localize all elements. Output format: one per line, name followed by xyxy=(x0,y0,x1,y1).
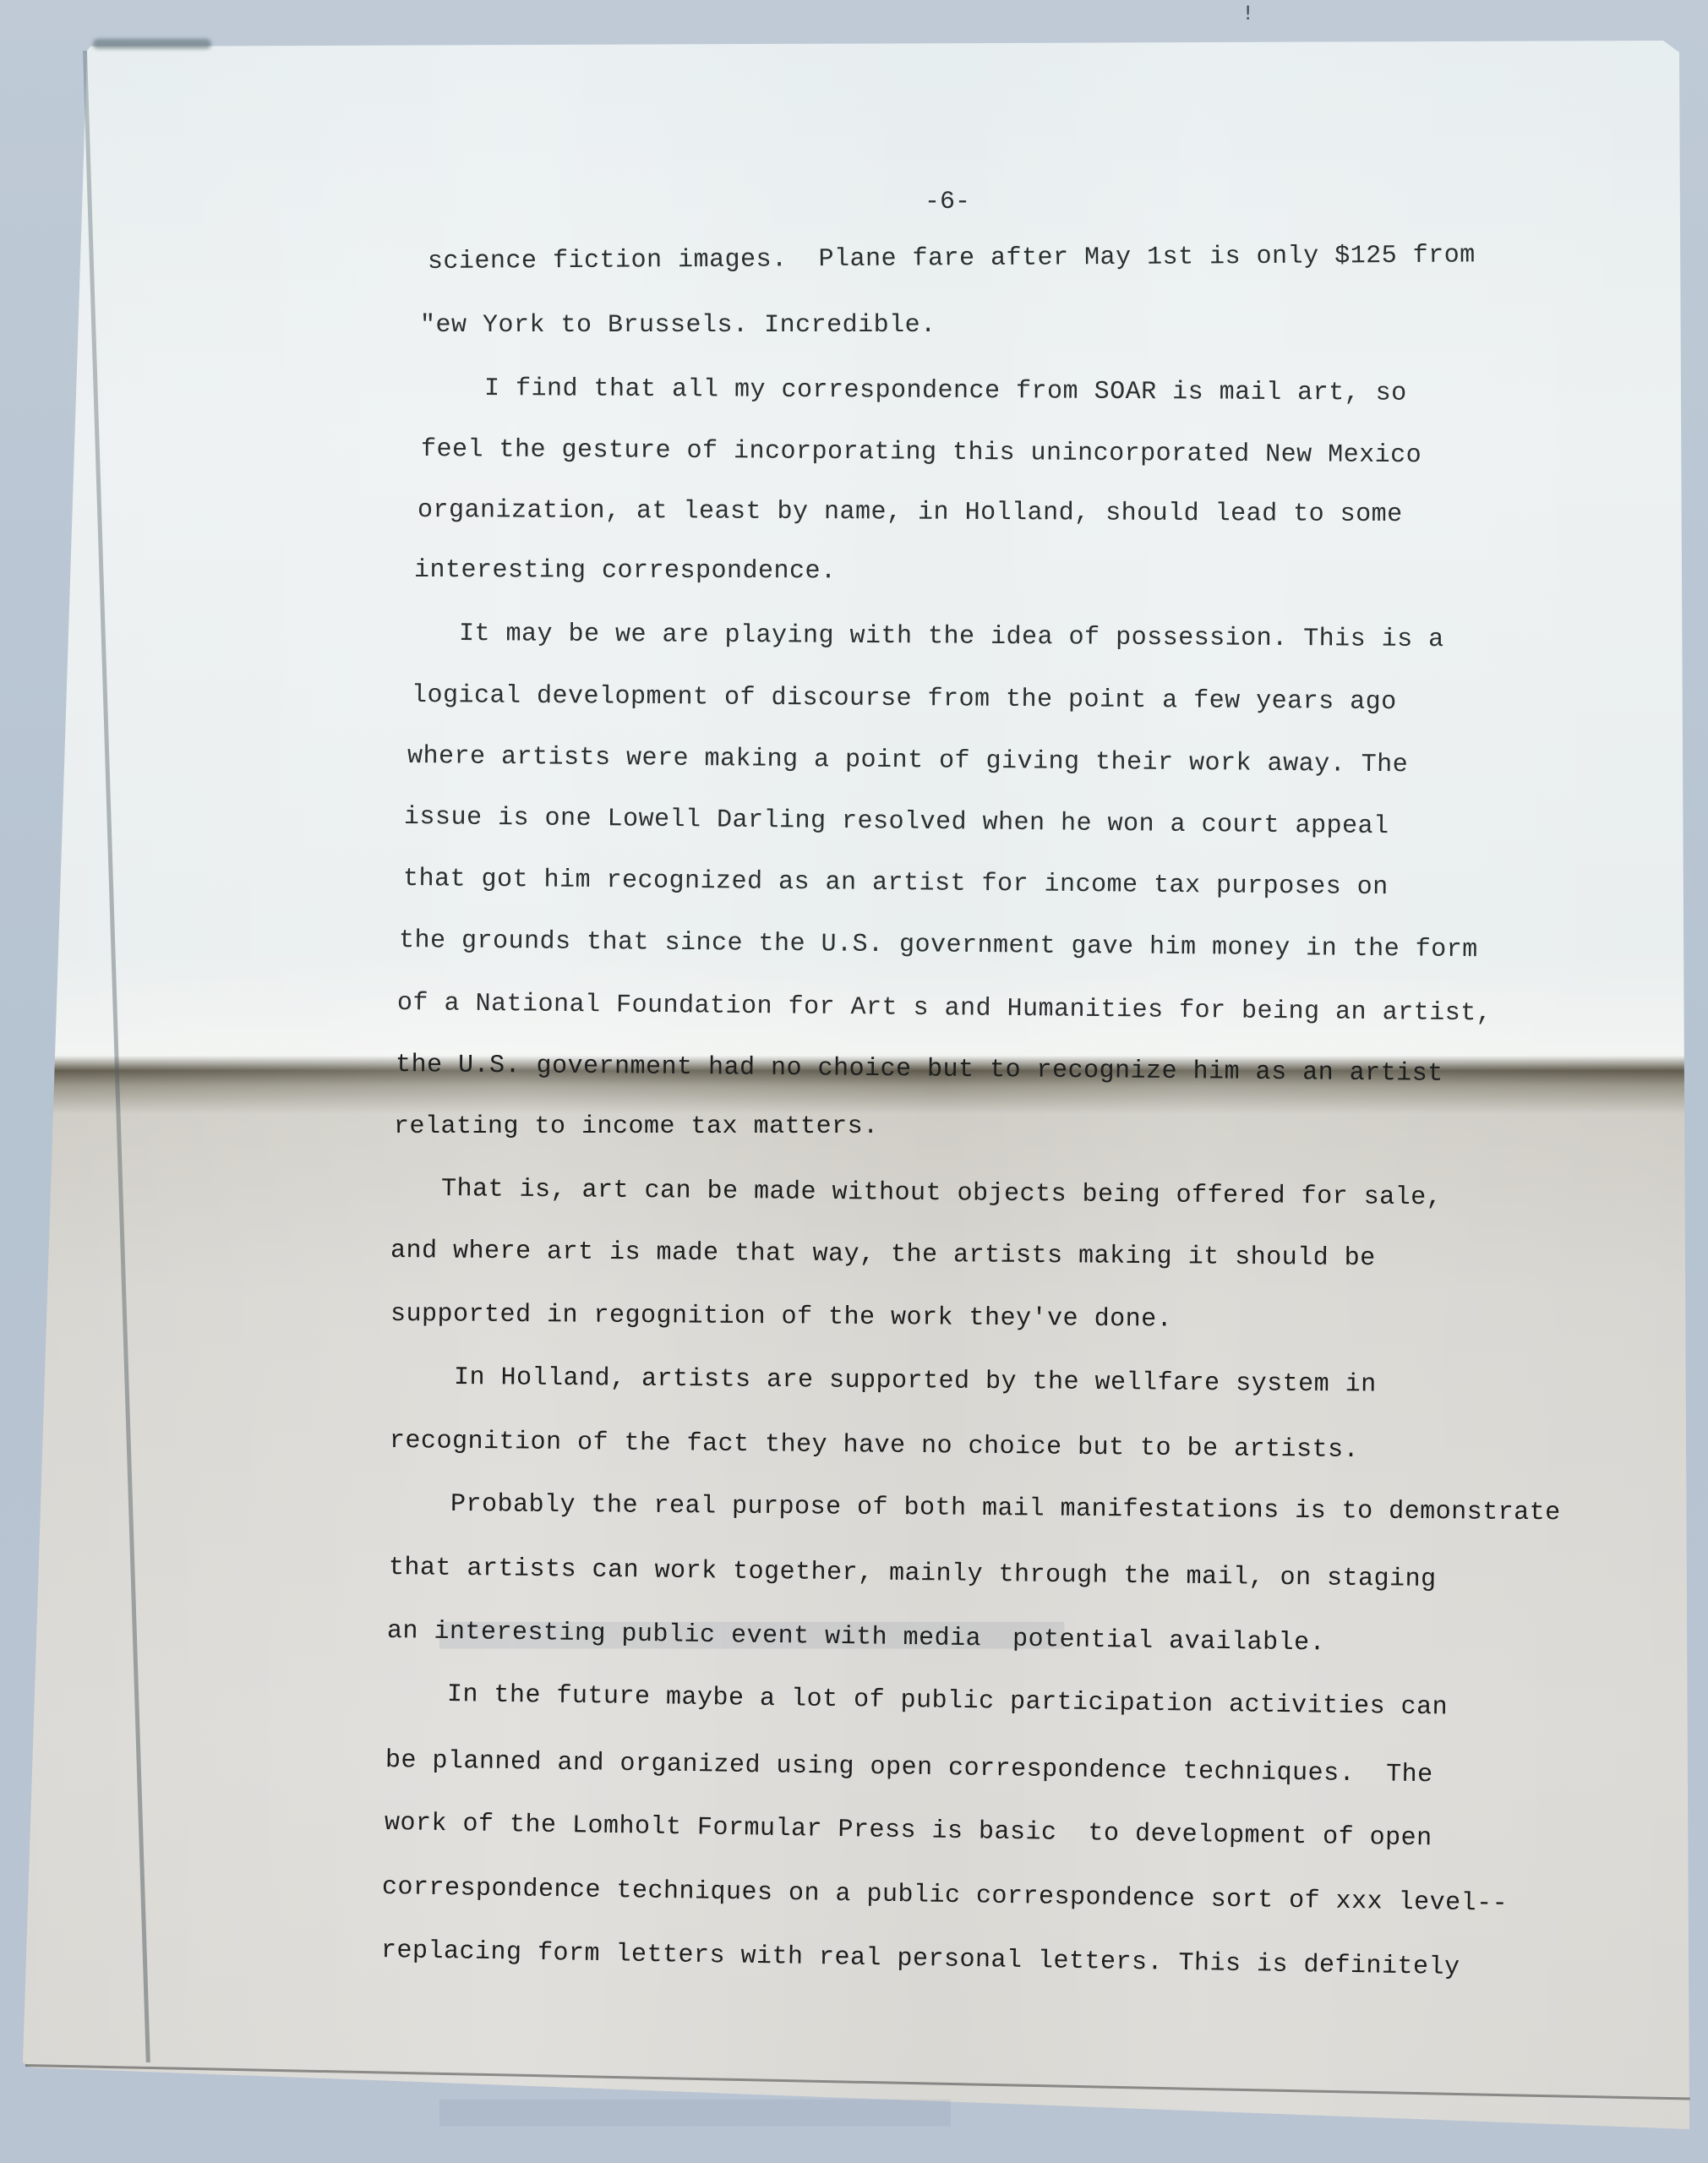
typed-line: interesting correspondence. xyxy=(414,558,837,584)
typed-line: "ew York to Brussels. Incredible. xyxy=(420,313,936,338)
paper-corner-curl xyxy=(93,39,211,49)
typed-line: In Holland, artists are supported by the… xyxy=(454,1365,1377,1398)
show-through-texture: ████████████████████████████████████ xyxy=(439,2100,951,2127)
typed-line: science fiction images. Plane fare after… xyxy=(428,243,1476,275)
typed-line: logical development of discourse from th… xyxy=(412,683,1397,715)
typed-line: feel the gesture of incorporating this u… xyxy=(421,437,1422,468)
typed-line: and where art is made that way, the arti… xyxy=(390,1238,1376,1271)
typed-line: relating to income tax matters. xyxy=(394,1114,879,1139)
typed-line: supported in regognition of the work the… xyxy=(390,1302,1172,1332)
page-number: -6- xyxy=(925,188,970,216)
margin-mark: ! xyxy=(1242,3,1253,25)
typed-line: organization, at least by name, in Holla… xyxy=(417,498,1403,527)
typed-line: I find that all my correspondence from S… xyxy=(484,376,1407,407)
typed-line: It may be we are playing with the idea o… xyxy=(459,621,1444,653)
